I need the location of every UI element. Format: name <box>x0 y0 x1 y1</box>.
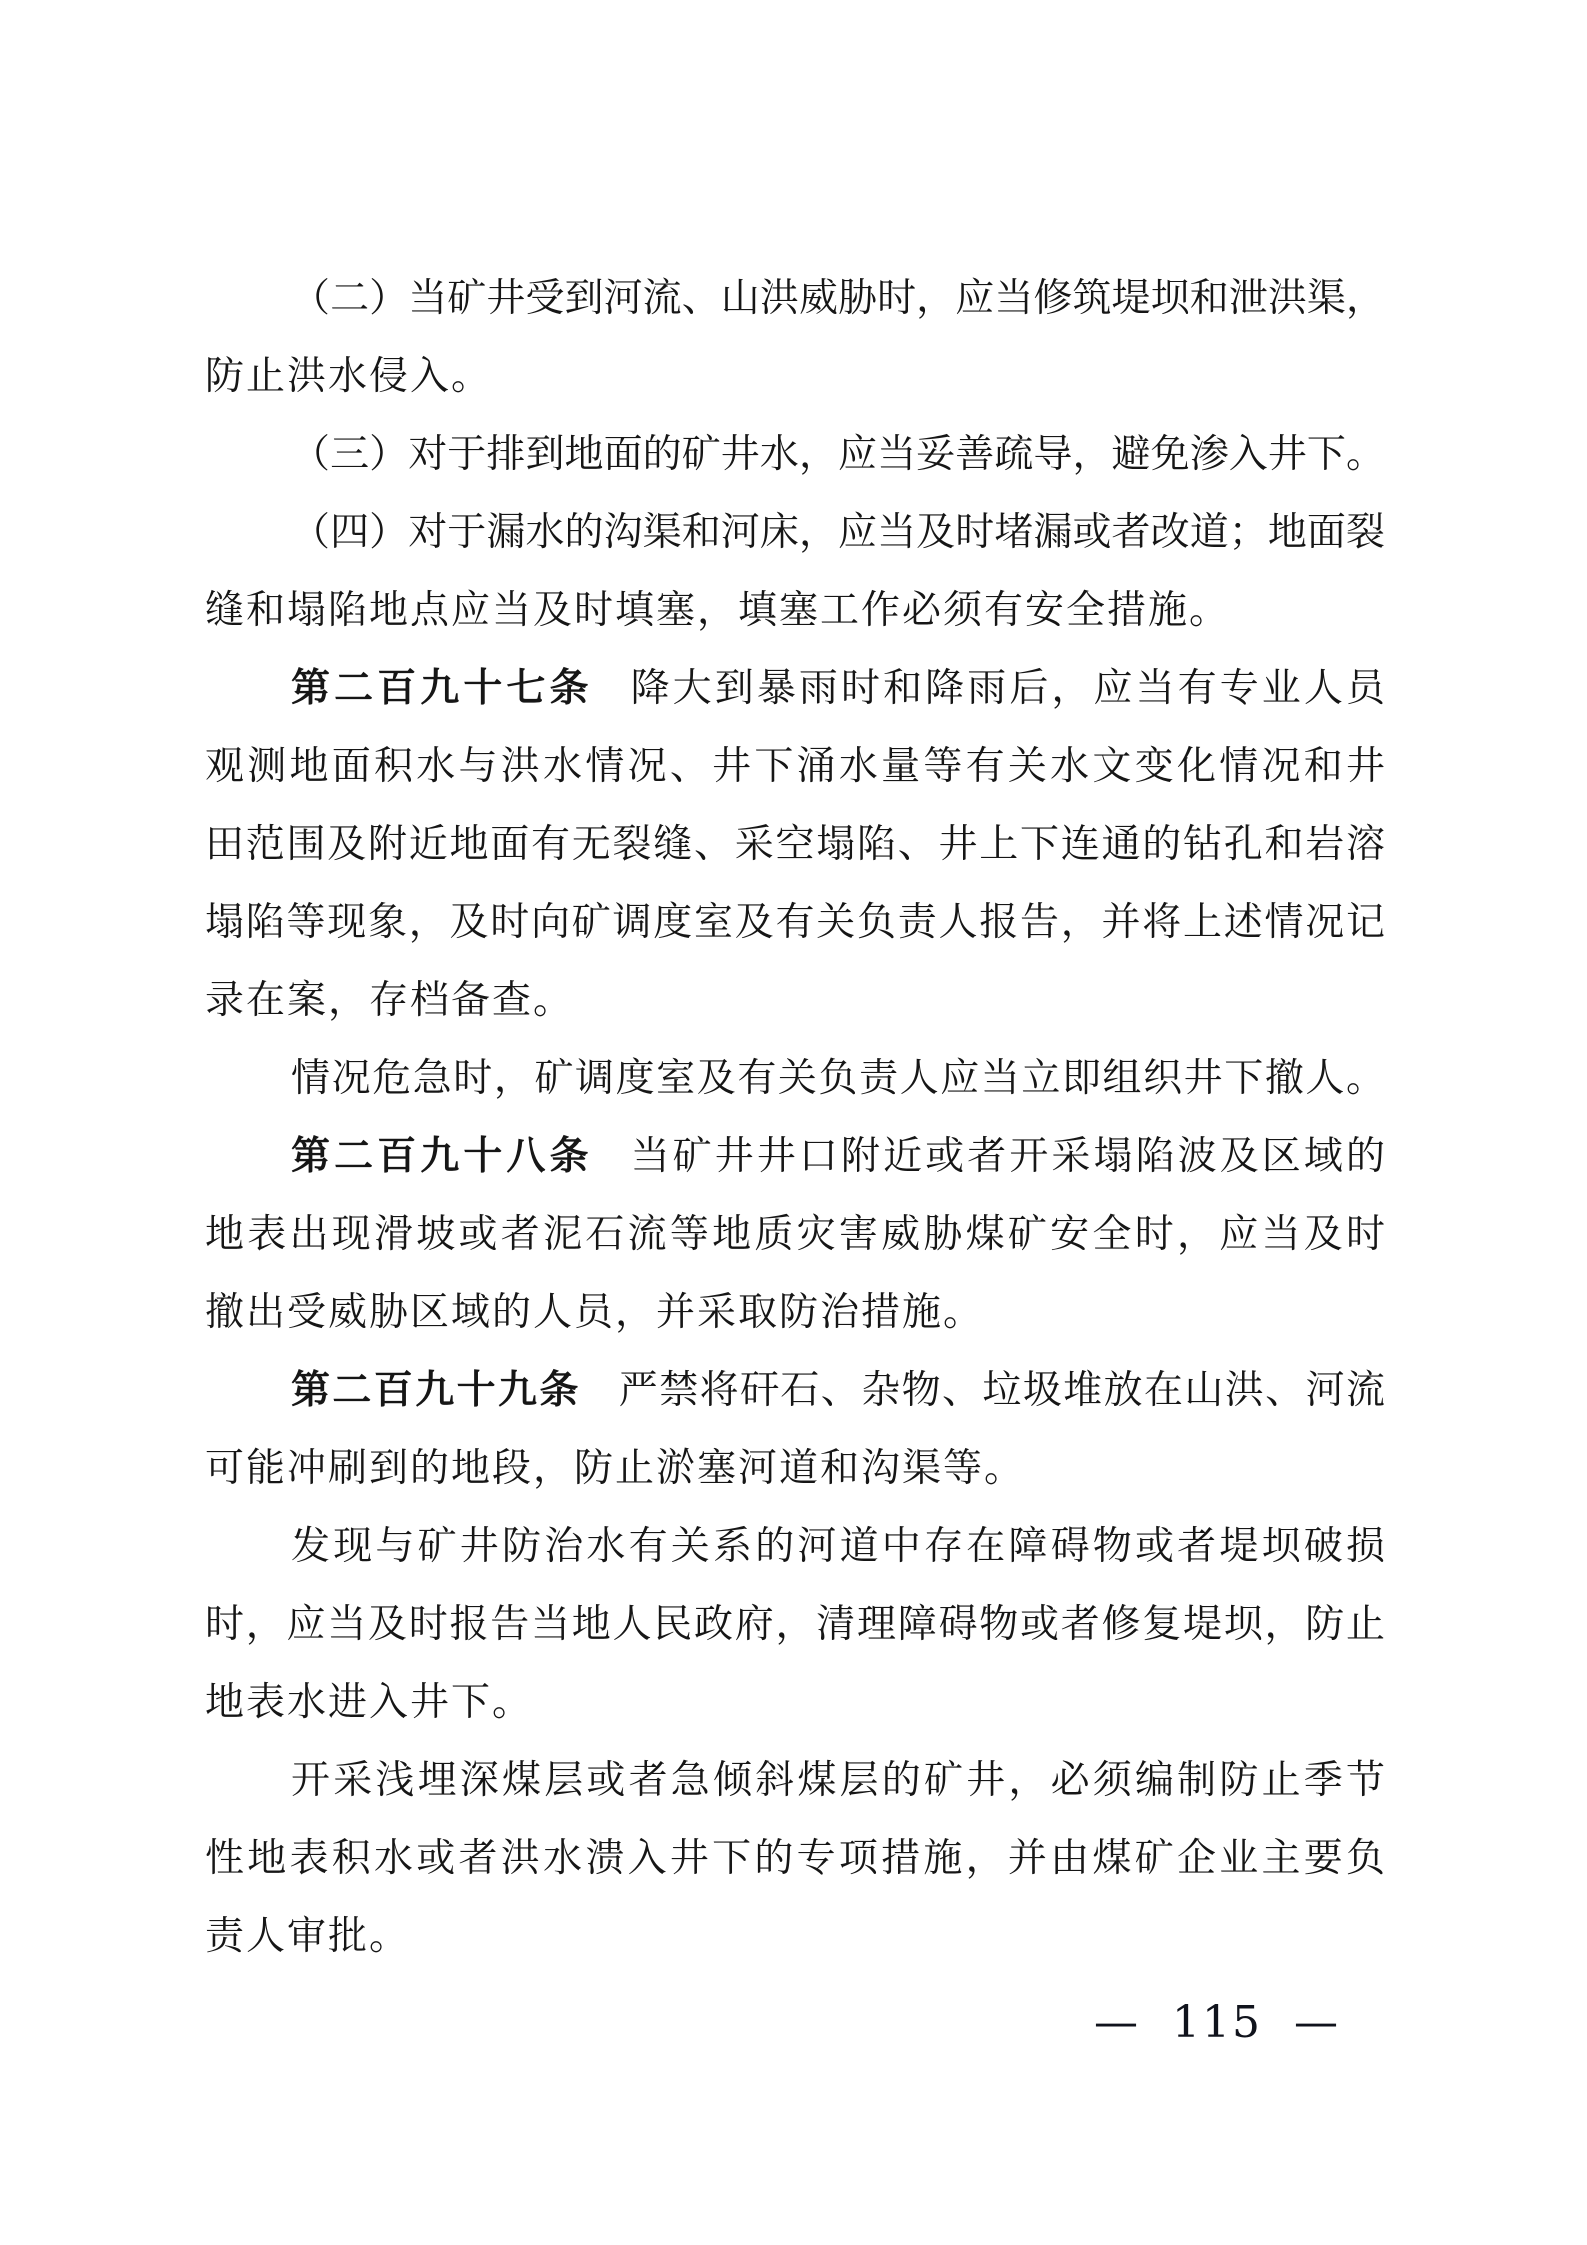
article-299-line-3: 发现与矿井防治水有关系的河道中存在障碍物或者堤坝破损 <box>205 1508 1385 1586</box>
body-text: 观测地面积水与洪水情况、井下涌水量等有关水文变化情况和井 <box>205 744 1385 789</box>
article-297-line-2: 观测地面积水与洪水情况、井下涌水量等有关水文变化情况和井 <box>205 728 1385 806</box>
body-text: 时，应当及时报告当地人民政府，清理障碍物或者修复堤坝，防止 <box>205 1602 1385 1647</box>
article-297-line-1: 第二百九十七条降大到暴雨时和降雨后，应当有专业人员 <box>205 650 1385 728</box>
article-297-number: 第二百九十七条 <box>291 666 593 711</box>
clause-2-line-1: （二）当矿井受到河流、山洪威胁时，应当修筑堤坝和泄洪渠， <box>205 260 1385 338</box>
regulation-text-block: （二）当矿井受到河流、山洪威胁时，应当修筑堤坝和泄洪渠， 防止洪水侵入。 （三）… <box>205 260 1385 1976</box>
body-text: （二）当矿井受到河流、山洪威胁时，应当修筑堤坝和泄洪渠， <box>291 276 1385 321</box>
body-text: （四）对于漏水的沟渠和河床，应当及时堵漏或者改道；地面裂 <box>291 510 1385 555</box>
article-299-line-6: 开采浅埋深煤层或者急倾斜煤层的矿井，必须编制防止季节 <box>205 1742 1385 1820</box>
body-text: 情况危急时，矿调度室及有关负责人应当立即组织井下撤人。 <box>291 1056 1385 1101</box>
body-text: 开采浅埋深煤层或者急倾斜煤层的矿井，必须编制防止季节 <box>291 1758 1385 1803</box>
body-text: 降大到暴雨时和降雨后，应当有专业人员 <box>631 666 1385 711</box>
article-299-line-2: 可能冲刷到的地段，防止淤塞河道和沟渠等。 <box>205 1430 1385 1508</box>
body-text: 发现与矿井防治水有关系的河道中存在障碍物或者堤坝破损 <box>291 1524 1385 1569</box>
body-text: 责人审批。 <box>205 1914 410 1959</box>
article-297-line-4: 塌陷等现象，及时向矿调度室及有关负责人报告，并将上述情况记 <box>205 884 1385 962</box>
document-page: （二）当矿井受到河流、山洪威胁时，应当修筑堤坝和泄洪渠， 防止洪水侵入。 （三）… <box>0 0 1587 2245</box>
body-text: 田范围及附近地面有无裂缝、采空塌陷、井上下连通的钻孔和岩溶 <box>205 822 1385 867</box>
body-text: 防止洪水侵入。 <box>205 354 492 399</box>
body-text: 塌陷等现象，及时向矿调度室及有关负责人报告，并将上述情况记 <box>205 900 1385 945</box>
article-297-line-6: 情况危急时，矿调度室及有关负责人应当立即组织井下撤人。 <box>205 1040 1385 1118</box>
article-297-line-3: 田范围及附近地面有无裂缝、采空塌陷、井上下连通的钻孔和岩溶 <box>205 806 1385 884</box>
body-text: 性地表积水或者洪水溃入井下的专项措施，并由煤矿企业主要负 <box>205 1836 1385 1881</box>
body-text: 地表出现滑坡或者泥石流等地质灾害威胁煤矿安全时，应当及时 <box>205 1212 1385 1257</box>
article-299-number: 第二百九十九条 <box>291 1368 581 1413</box>
body-text: 严禁将矸石、杂物、垃圾堆放在山洪、河流 <box>619 1368 1385 1413</box>
article-298-line-3: 撤出受威胁区域的人员，并采取防治措施。 <box>205 1274 1385 1352</box>
article-299-line-7: 性地表积水或者洪水溃入井下的专项措施，并由煤矿企业主要负 <box>205 1820 1385 1898</box>
clause-4-line-2: 缝和塌陷地点应当及时填塞，填塞工作必须有安全措施。 <box>205 572 1385 650</box>
body-text: 可能冲刷到的地段，防止淤塞河道和沟渠等。 <box>205 1446 1025 1491</box>
body-text: （三）对于排到地面的矿井水，应当妥善疏导，避免渗入井下。 <box>291 432 1385 477</box>
article-299-line-4: 时，应当及时报告当地人民政府，清理障碍物或者修复堤坝，防止 <box>205 1586 1385 1664</box>
page-number: — 115 — <box>1094 1998 1340 2048</box>
body-text: 缝和塌陷地点应当及时填塞，填塞工作必须有安全措施。 <box>205 588 1230 633</box>
article-299-line-1: 第二百九十九条严禁将矸石、杂物、垃圾堆放在山洪、河流 <box>205 1352 1385 1430</box>
body-text: 撤出受威胁区域的人员，并采取防治措施。 <box>205 1290 984 1335</box>
article-299-line-5: 地表水进入井下。 <box>205 1664 1385 1742</box>
clause-3-line-1: （三）对于排到地面的矿井水，应当妥善疏导，避免渗入井下。 <box>205 416 1385 494</box>
article-298-number: 第二百九十八条 <box>291 1134 593 1179</box>
clause-2-line-2: 防止洪水侵入。 <box>205 338 1385 416</box>
body-text: 地表水进入井下。 <box>205 1680 533 1725</box>
body-text: 录在案，存档备查。 <box>205 978 574 1023</box>
article-297-line-5: 录在案，存档备查。 <box>205 962 1385 1040</box>
clause-4-line-1: （四）对于漏水的沟渠和河床，应当及时堵漏或者改道；地面裂 <box>205 494 1385 572</box>
article-298-line-2: 地表出现滑坡或者泥石流等地质灾害威胁煤矿安全时，应当及时 <box>205 1196 1385 1274</box>
article-299-line-8: 责人审批。 <box>205 1898 1385 1976</box>
article-298-line-1: 第二百九十八条当矿井井口附近或者开采塌陷波及区域的 <box>205 1118 1385 1196</box>
body-text: 当矿井井口附近或者开采塌陷波及区域的 <box>631 1134 1385 1179</box>
